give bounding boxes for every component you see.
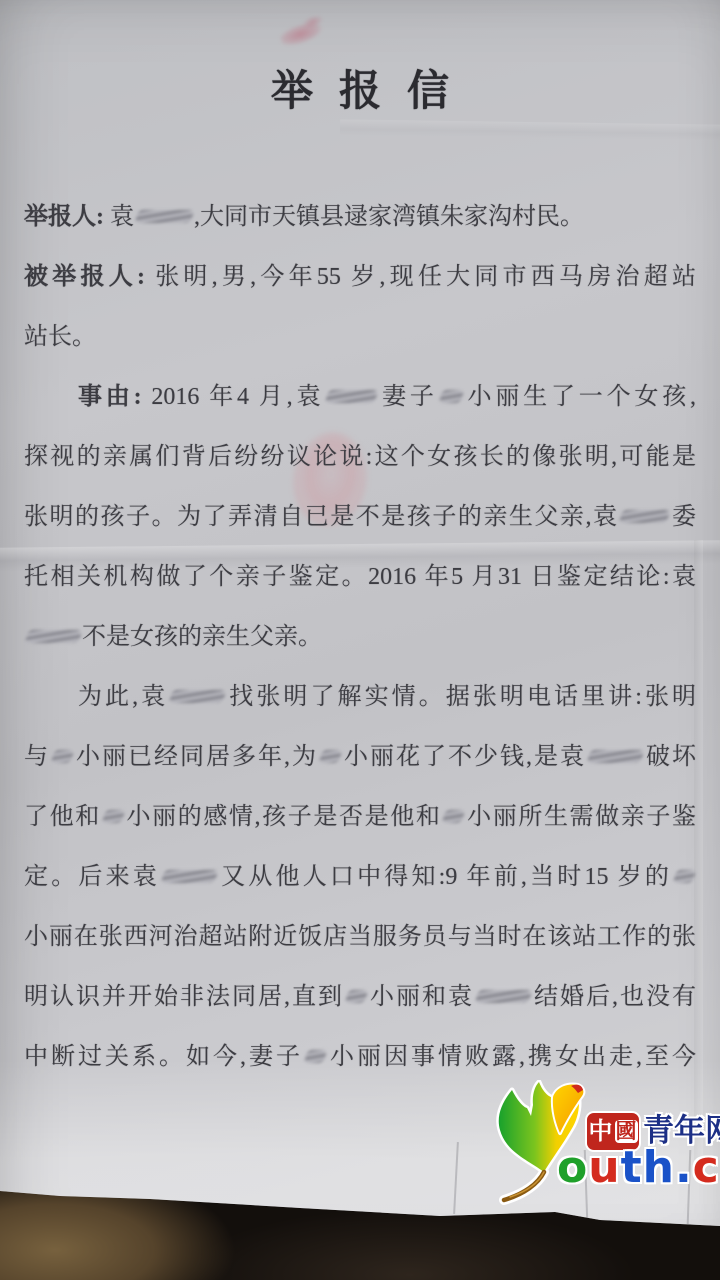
line-text: 妻子 [378,384,437,410]
line-text: 小丽花了不少钱,是袁 [342,744,586,770]
paper-crease [453,1142,459,1214]
line-text: 站长。 [24,324,96,350]
paper-document: 举报信 举报人: 袁,大同市天镇县逯家湾镇朱家沟村民。被举报人: 张明,男,今年… [0,0,720,1232]
line-text: 袁 [104,204,134,230]
redacted-name [319,750,342,763]
line-text: 不是女孩的亲生父亲。 [82,624,322,650]
line-text: 探视的亲属们背后纷纷议论说:这个女孩长的像张明,可能是 [24,444,696,470]
line-text: 小丽因事情败露,携女出走,至今 [327,1044,696,1070]
line-text: 破坏 [644,744,696,770]
text-line: 不是女孩的亲生父亲。 [24,607,696,667]
text-line: 为此,袁找张明了解实情。据张明电话里讲:张明 [24,667,696,727]
redacted-name [439,390,464,403]
redacted-name [619,510,670,523]
line-text: 小丽在张西河治超站附近饭店当服务员与当时在该站工作的张 [24,924,696,950]
line-text: 被举报人: [24,264,145,290]
line-text: 定。后来袁 [24,864,160,890]
text-line: 探视的亲属们背后纷纷议论说:这个女孩长的像张明,可能是 [24,427,696,487]
redacted-name [169,690,226,703]
redacted-name [345,990,368,1003]
red-stamp-smudge [275,8,334,55]
redacted-name [135,210,194,223]
text-line: 与小丽已经同居多年,为小丽花了不少钱,是袁破坏 [24,727,696,787]
redacted-name [475,990,532,1003]
redacted-name [161,870,218,883]
line-text: 举报人: [24,204,104,230]
line-text: 张明,男,今年55 岁,现任大同市西马房治超站 [145,264,696,290]
document-body: 举报人: 袁,大同市天镇县逯家湾镇朱家沟村民。被举报人: 张明,男,今年55 岁… [24,187,696,1087]
line-text: 中断过关系。如今,妻子 [24,1044,303,1070]
redacted-name [587,750,644,763]
text-line: 站长。 [24,307,696,367]
line-text: 明认识并开始非法同居,直到 [24,984,344,1010]
text-line: 明认识并开始非法同居,直到小丽和袁结婚后,也没有 [24,967,696,1027]
text-line: 被举报人: 张明,男,今年55 岁,现任大同市西马房治超站 [24,247,696,307]
line-text: 委 [670,504,696,530]
line-text: 事由: [78,384,142,410]
text-line: 定。后来袁又从他人口中得知:9 年前,当时15 岁的 [24,847,696,907]
line-text: 找张明了解实情。据张明电话里讲:张明 [226,684,696,710]
line-text: 与 [24,744,50,770]
redacted-name [673,870,696,883]
line-text: 结婚后,也没有 [532,984,696,1010]
line-text: 小丽和袁 [368,984,474,1010]
text-line: 小丽在张西河治超站附近饭店当服务员与当时在该站工作的张 [24,907,696,967]
redacted-name [325,390,378,403]
line-text: 小丽生了一个女孩, [464,384,696,410]
text-line: 举报人: 袁,大同市天镇县逯家湾镇朱家沟村民。 [24,187,696,247]
paper-crease [584,1150,588,1220]
redacted-name [304,1050,327,1063]
line-text: 2016 年4 月,袁 [142,384,325,410]
line-text: 了他和 [24,804,101,830]
line-text: ,大同市天镇县逯家湾镇朱家沟村民。 [194,204,584,230]
paper-crease [687,1150,692,1224]
line-text: 小丽的感情,孩子是否是他和 [125,804,442,830]
document-title: 举报信 [0,58,720,118]
paper-crease [694,540,703,1160]
redacted-name [51,750,74,763]
text-line: 事由: 2016 年4 月,袁妻子小丽生了一个女孩, [24,367,696,427]
line-text: 小丽已经同居多年,为 [74,744,318,770]
redacted-name [442,810,465,823]
line-text: 小丽所生需做亲子鉴 [465,804,696,830]
line-text: 为此,袁 [78,684,168,710]
text-line: 中断过关系。如今,妻子小丽因事情败露,携女出走,至今 [24,1027,696,1087]
text-line: 张明的孩子。为了弄清自已是不是孩子的亲生父亲,袁委 [24,487,696,547]
line-text: 张明的孩子。为了弄清自已是不是孩子的亲生父亲,袁 [24,504,618,530]
line-text: 又从他人口中得知:9 年前,当时15 岁的 [218,864,672,890]
redacted-name [25,630,82,643]
paper-crease [340,119,720,140]
photo-of-document: 举报信 举报人: 袁,大同市天镇县逯家湾镇朱家沟村民。被举报人: 张明,男,今年… [0,0,720,1280]
text-line: 了他和小丽的感情,孩子是否是他和小丽所生需做亲子鉴 [24,787,696,847]
redacted-name [102,810,125,823]
